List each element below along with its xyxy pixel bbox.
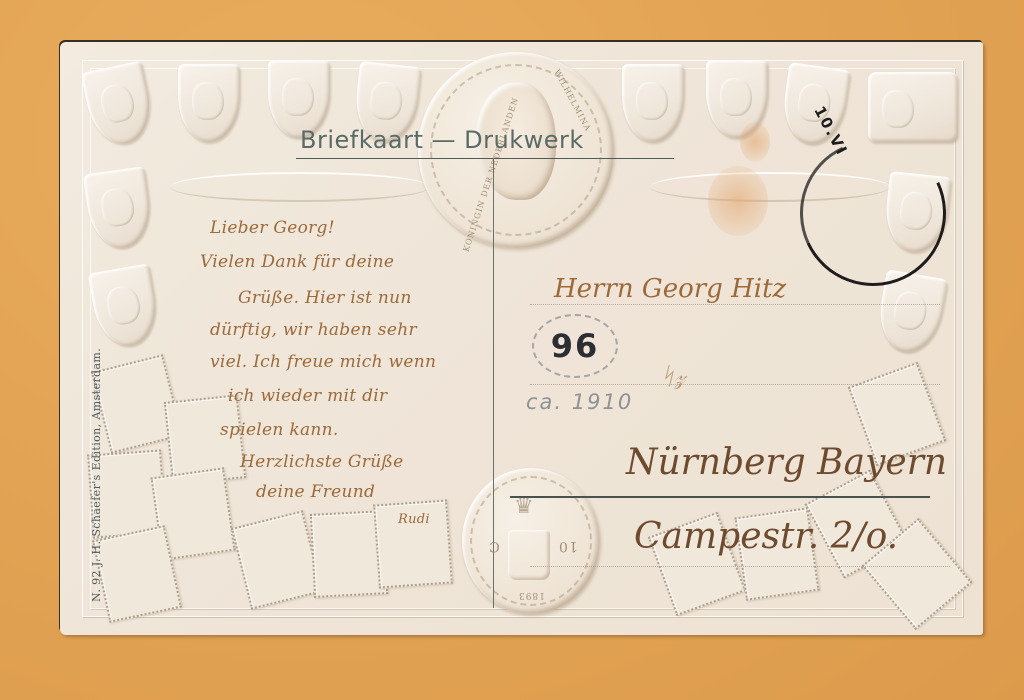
card-heading: Briefkaart — Drukwerk — [300, 126, 584, 154]
foxing-stain — [708, 166, 768, 236]
coin-year: 1893 — [518, 590, 545, 600]
address-line — [530, 384, 940, 385]
ribbon-banner — [170, 172, 430, 202]
address-line — [530, 566, 950, 567]
recipient-city: Nürnberg Bayern — [626, 442, 947, 483]
recipient-street: Campestr. 2/o. — [634, 516, 898, 557]
handwritten-scribble: ᛋ𝓏 — [660, 362, 686, 390]
message-line: Lieber Georg! — [210, 218, 335, 238]
stamped-number: 96 — [532, 314, 618, 378]
address-line — [510, 496, 930, 498]
recipient-name: Herrn Georg Hitz — [554, 274, 786, 304]
heading-rule — [296, 158, 674, 159]
foxing-stain — [740, 122, 770, 162]
postcard: WILHELMINA KONINGIN DER NEDERLANDEN ♛ 10… — [60, 42, 983, 635]
message-line: Grüße. Hier ist nun — [238, 288, 412, 308]
message-line: ich wieder mit dir — [228, 386, 387, 406]
publisher-imprint: N. 92 J. H. Schaefer's Edition, Amsterda… — [90, 348, 103, 602]
coin-value: 10 — [558, 538, 578, 554]
royal-arms-icon — [868, 72, 958, 142]
ten-cent-coin: ♛ 10 C 1893 — [462, 468, 600, 614]
pencil-note: ca. 1910 — [526, 390, 633, 414]
message-line: deine Freund — [256, 482, 375, 502]
lion-shield-icon — [508, 530, 550, 580]
message-line: spielen kann. — [220, 420, 339, 440]
address-line — [530, 304, 940, 305]
message-line: viel. Ich freue mich wenn — [210, 352, 436, 372]
signature: Rudi — [398, 512, 430, 527]
message-line: dürftig, wir haben sehr — [210, 320, 417, 340]
message-line: Herzlichste Grüße — [240, 452, 404, 472]
message-line: Vielen Dank für deine — [200, 252, 394, 272]
divider-line — [493, 158, 494, 608]
